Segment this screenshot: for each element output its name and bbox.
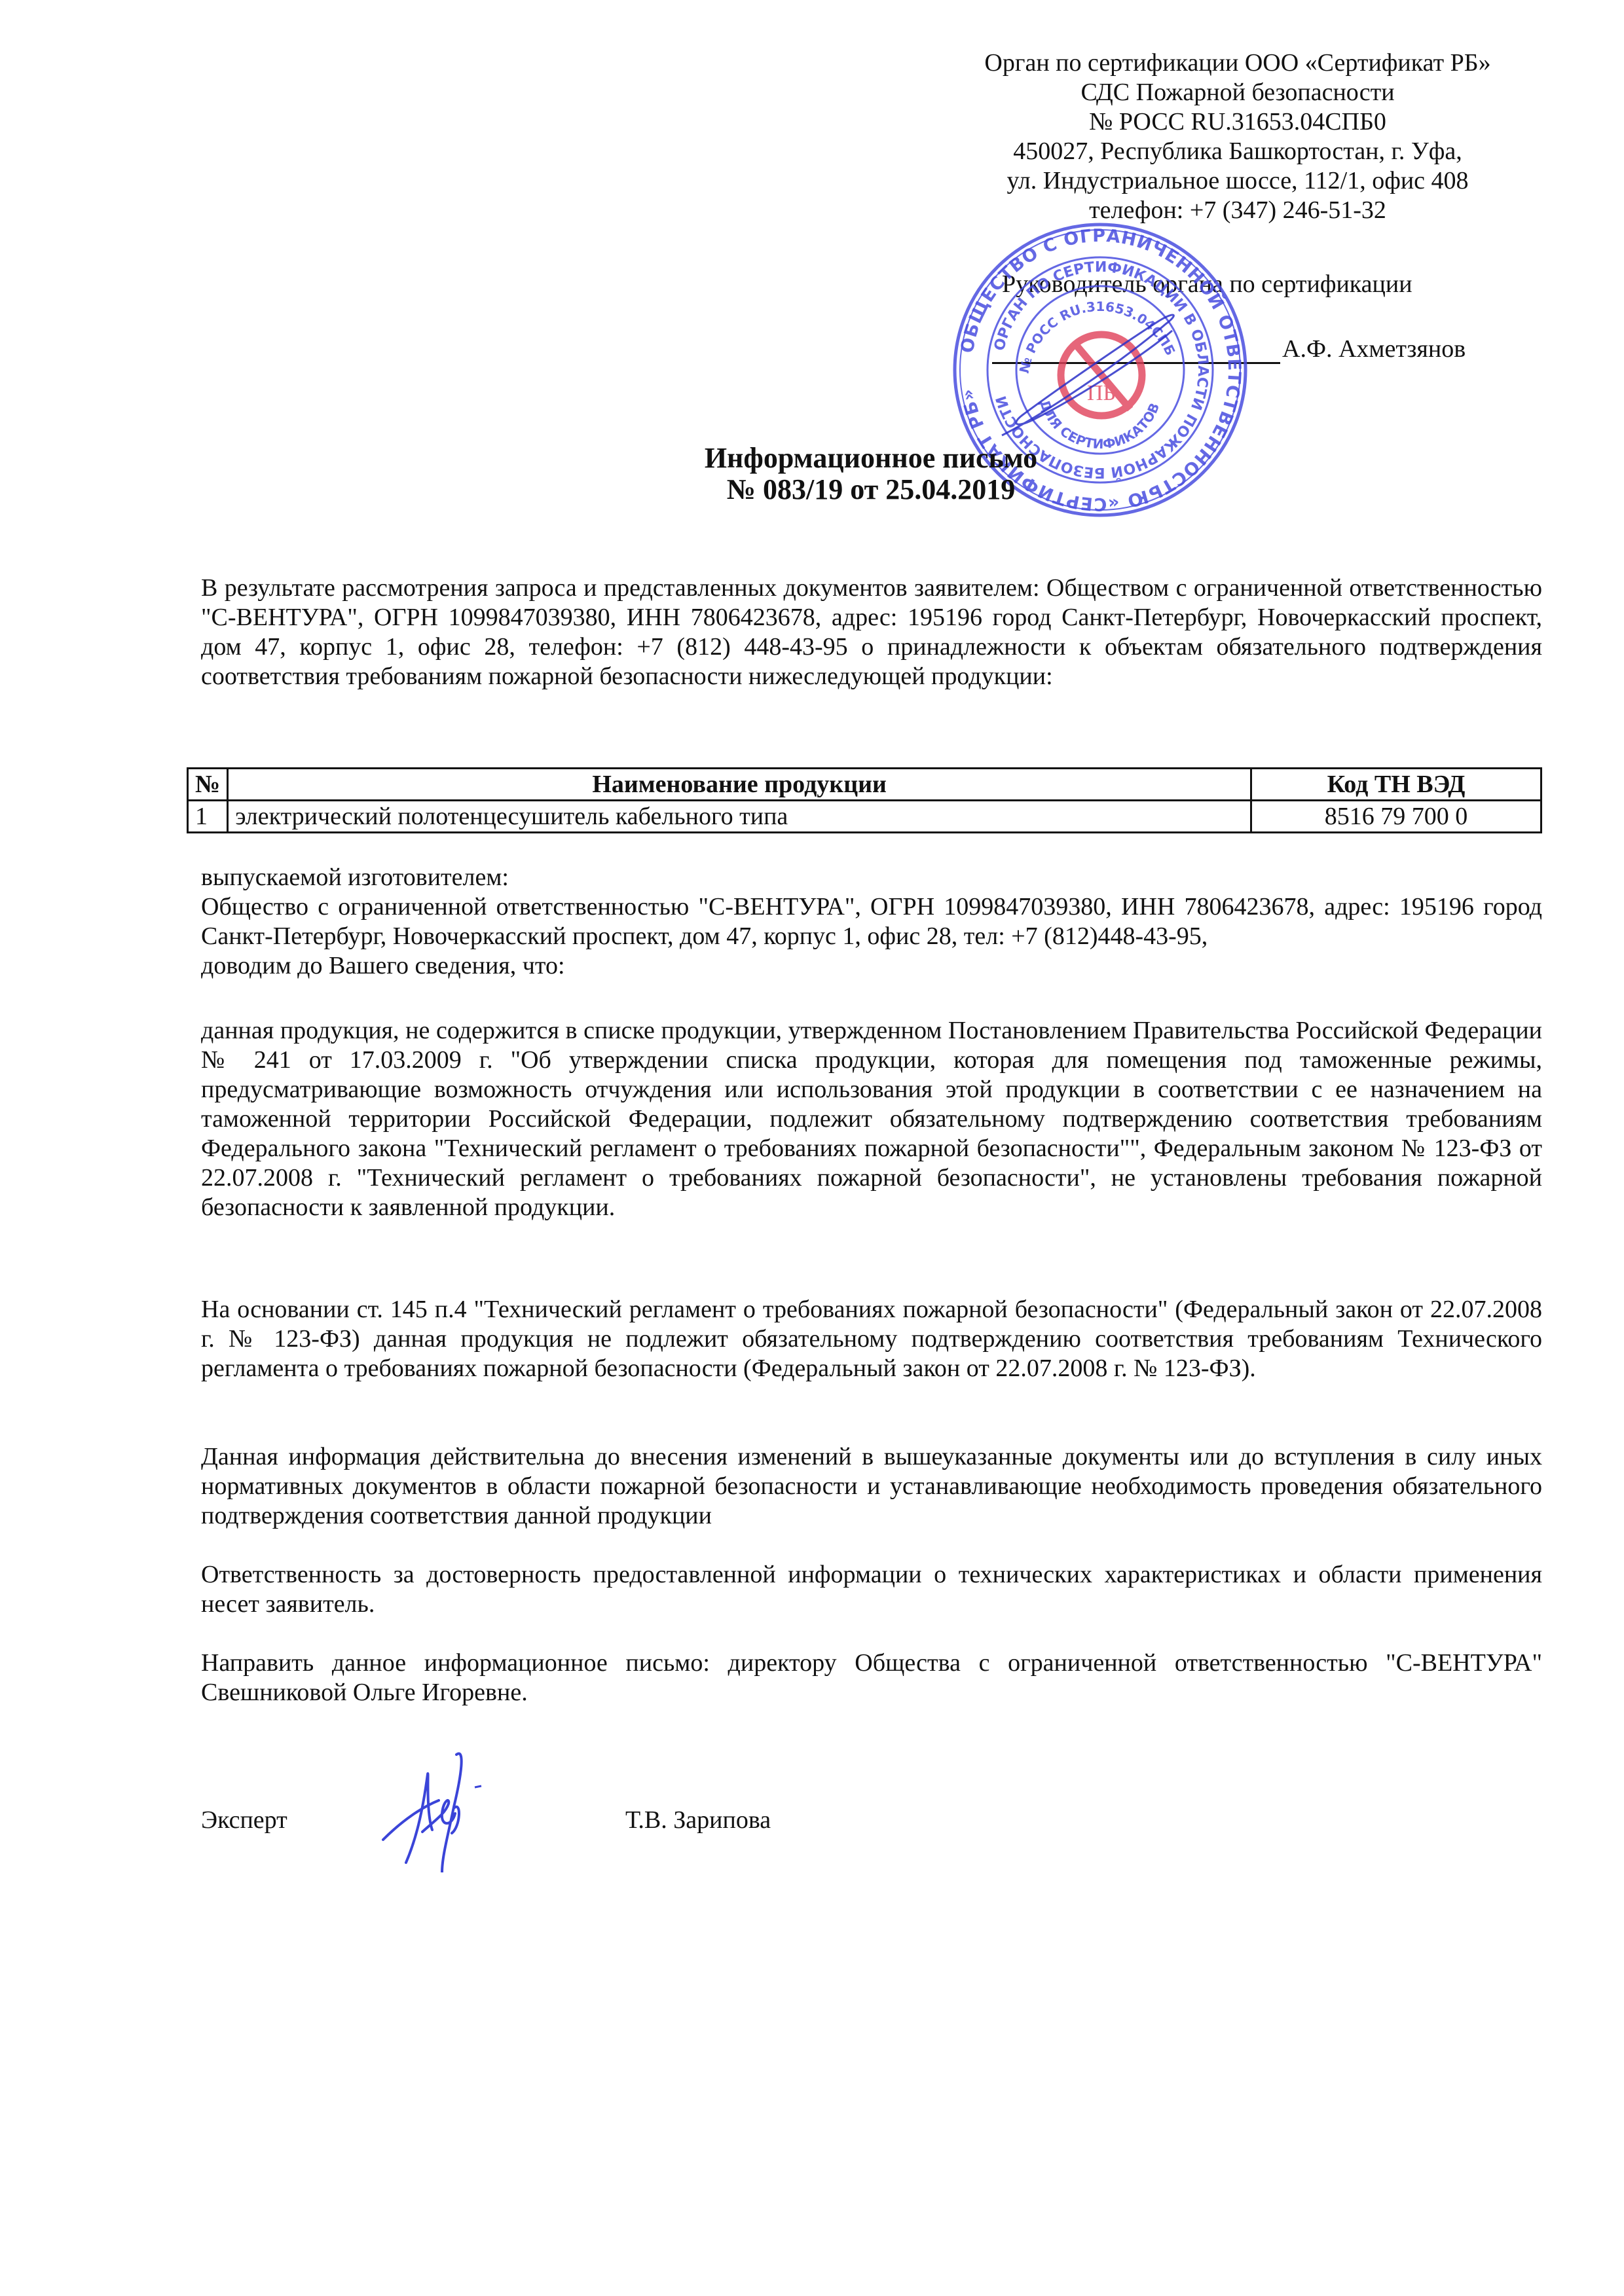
column-header-number: № bbox=[188, 769, 228, 801]
manufacturer-details: Общество с ограниченной ответственностью… bbox=[201, 892, 1542, 951]
expert-name: Т.В. Зарипова bbox=[625, 1806, 771, 1835]
manufacturer-closing: доводим до Вашего сведения, что: bbox=[201, 951, 1542, 981]
header-org-name: Орган по сертификации ООО «Сертификат РБ… bbox=[943, 48, 1532, 78]
signatory-title: Руководитель органа по сертификации bbox=[1002, 270, 1412, 299]
intro-paragraph-text: В результате рассмотрения запроса и пред… bbox=[201, 574, 1542, 691]
recipient-paragraph: Направить данное информационное письмо: … bbox=[201, 1649, 1542, 1707]
expert-signature-icon bbox=[377, 1748, 507, 1872]
header-system-name: СДС Пожарной безопасности bbox=[943, 78, 1532, 107]
stamp-center-text: ПБ bbox=[1087, 381, 1116, 405]
column-header-product-name: Наименование продукции bbox=[228, 769, 1251, 801]
signature-line bbox=[992, 362, 1280, 364]
signatory-name: А.Ф. Ахметзянов bbox=[1282, 335, 1466, 364]
table-row: 1 электрический полотенцесушитель кабель… bbox=[188, 801, 1541, 833]
article-paragraph-text: На основании ст. 145 п.4 "Технический ре… bbox=[201, 1295, 1542, 1383]
article-paragraph: На основании ст. 145 п.4 "Технический ре… bbox=[201, 1295, 1542, 1383]
validity-paragraph-text: Данная информация действительна до внесе… bbox=[201, 1442, 1542, 1531]
responsibility-paragraph-text: Ответственность за достоверность предост… bbox=[201, 1560, 1542, 1619]
intro-paragraph: В результате рассмотрения запроса и пред… bbox=[201, 574, 1542, 691]
decree-paragraph: данная продукция, не содержится в списке… bbox=[201, 1016, 1542, 1222]
cell-number: 1 bbox=[188, 801, 228, 833]
expert-label: Эксперт bbox=[201, 1806, 287, 1835]
document-title-main: Информационное письмо bbox=[589, 443, 1153, 474]
validity-paragraph: Данная информация действительна до внесе… bbox=[201, 1442, 1542, 1531]
header-address-line2: ул. Индустриальное шоссе, 112/1, офис 40… bbox=[943, 166, 1532, 196]
header-address-line1: 450027, Республика Башкортостан, г. Уфа, bbox=[943, 137, 1532, 166]
decree-paragraph-text: данная продукция, не содержится в списке… bbox=[201, 1016, 1542, 1222]
manufacturer-label: выпускаемой изготовителем: bbox=[201, 863, 1542, 892]
recipient-paragraph-text: Направить данное информационное письмо: … bbox=[201, 1649, 1542, 1707]
column-header-hs-code: Код ТН ВЭД bbox=[1251, 769, 1541, 801]
certification-body-header: Орган по сертификации ООО «Сертификат РБ… bbox=[943, 48, 1532, 225]
products-table-header: № Наименование продукции Код ТН ВЭД bbox=[188, 769, 1541, 801]
header-phone: телефон: +7 (347) 246-51-32 bbox=[943, 196, 1532, 225]
document-title: Информационное письмо № 083/19 от 25.04.… bbox=[589, 443, 1153, 505]
manufacturer-block: выпускаемой изготовителем: Общество с ог… bbox=[201, 863, 1542, 981]
cell-product-name: электрический полотенцесушитель кабельно… bbox=[228, 801, 1251, 833]
cell-hs-code: 8516 79 700 0 bbox=[1251, 801, 1541, 833]
header-registration-number: № РОСС RU.31653.04СПБ0 bbox=[943, 107, 1532, 137]
document-number-date: № 083/19 от 25.04.2019 bbox=[589, 474, 1153, 505]
products-table: № Наименование продукции Код ТН ВЭД 1 эл… bbox=[187, 767, 1542, 833]
responsibility-paragraph: Ответственность за достоверность предост… bbox=[201, 1560, 1542, 1619]
